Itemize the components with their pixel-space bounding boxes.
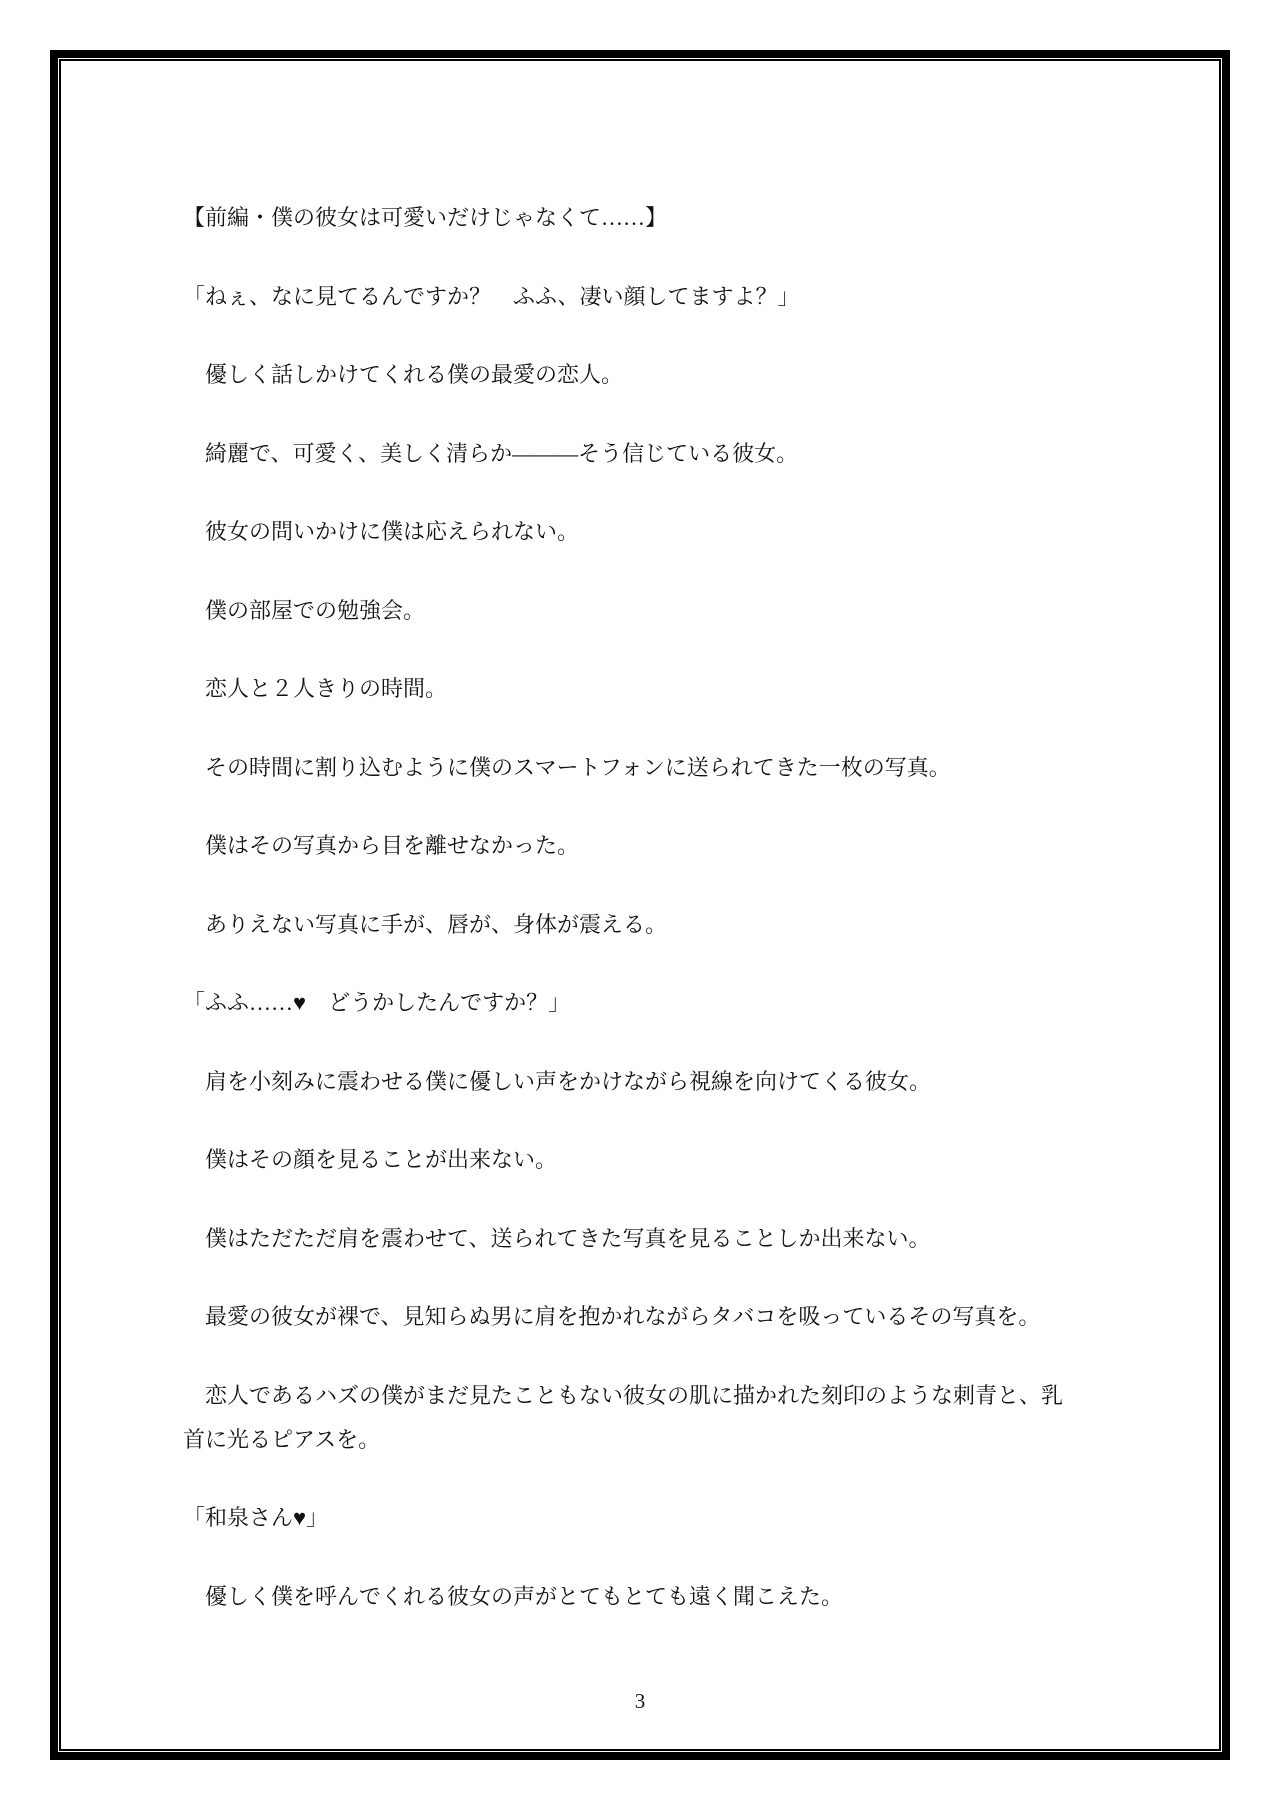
story-paragraph: 恋人と２人きりの時間。 <box>183 667 1073 711</box>
story-paragraph: 優しく話しかけてくれる僕の最愛の恋人。 <box>183 353 1073 397</box>
story-paragraph: ありえない写真に手が、唇が、身体が震える。 <box>183 903 1073 947</box>
story-paragraph: 「ねぇ、なに見てるんですか？ ふふ、凄い顔してますよ？」 <box>183 275 1073 319</box>
story-paragraph: その時間に割り込むように僕のスマートフォンに送られてきた一枚の写真。 <box>183 746 1073 790</box>
story-paragraph: 「ふふ……♥ どうかしたんですか？」 <box>183 981 1073 1025</box>
story-paragraph: 綺麗で、可愛く、美しく清らか―――そう信じている彼女。 <box>183 432 1073 476</box>
story-paragraph: 最愛の彼女が裸で、見知らぬ男に肩を抱かれながらタバコを吸っているその写真を。 <box>183 1295 1073 1339</box>
story-paragraph: 肩を小刻みに震わせる僕に優しい声をかけながら視線を向けてくる彼女。 <box>183 1060 1073 1104</box>
story-paragraph: 僕はただただ肩を震わせて、送られてきた写真を見ることしか出来ない。 <box>183 1217 1073 1261</box>
document-page: 【前編・僕の彼女は可愛いだけじゃなくて……】「ねぇ、なに見てるんですか？ ふふ、… <box>0 0 1280 1810</box>
story-paragraph: 僕はその写真から目を離せなかった。 <box>183 824 1073 868</box>
story-paragraph: 優しく僕を呼んでくれる彼女の声がとてもとても遠く聞こえた。 <box>183 1575 1073 1619</box>
story-paragraph: 恋人であるハズの僕がまだ見たこともない彼女の肌に描かれた刻印のような刺青と、乳首… <box>183 1374 1073 1462</box>
story-paragraph: 「和泉さん♥」 <box>183 1496 1073 1540</box>
story-paragraph: 僕の部屋での勉強会。 <box>183 589 1073 633</box>
story-paragraph: 【前編・僕の彼女は可愛いだけじゃなくて……】 <box>183 196 1073 240</box>
story-paragraph: 僕はその顔を見ることが出来ない。 <box>183 1138 1073 1182</box>
story-paragraph: 彼女の問いかけに僕は応えられない。 <box>183 510 1073 554</box>
page-number: 3 <box>60 1686 1220 1716</box>
story-text-block: 【前編・僕の彼女は可愛いだけじゃなくて……】「ねぇ、なに見てるんですか？ ふふ、… <box>183 196 1073 1653</box>
